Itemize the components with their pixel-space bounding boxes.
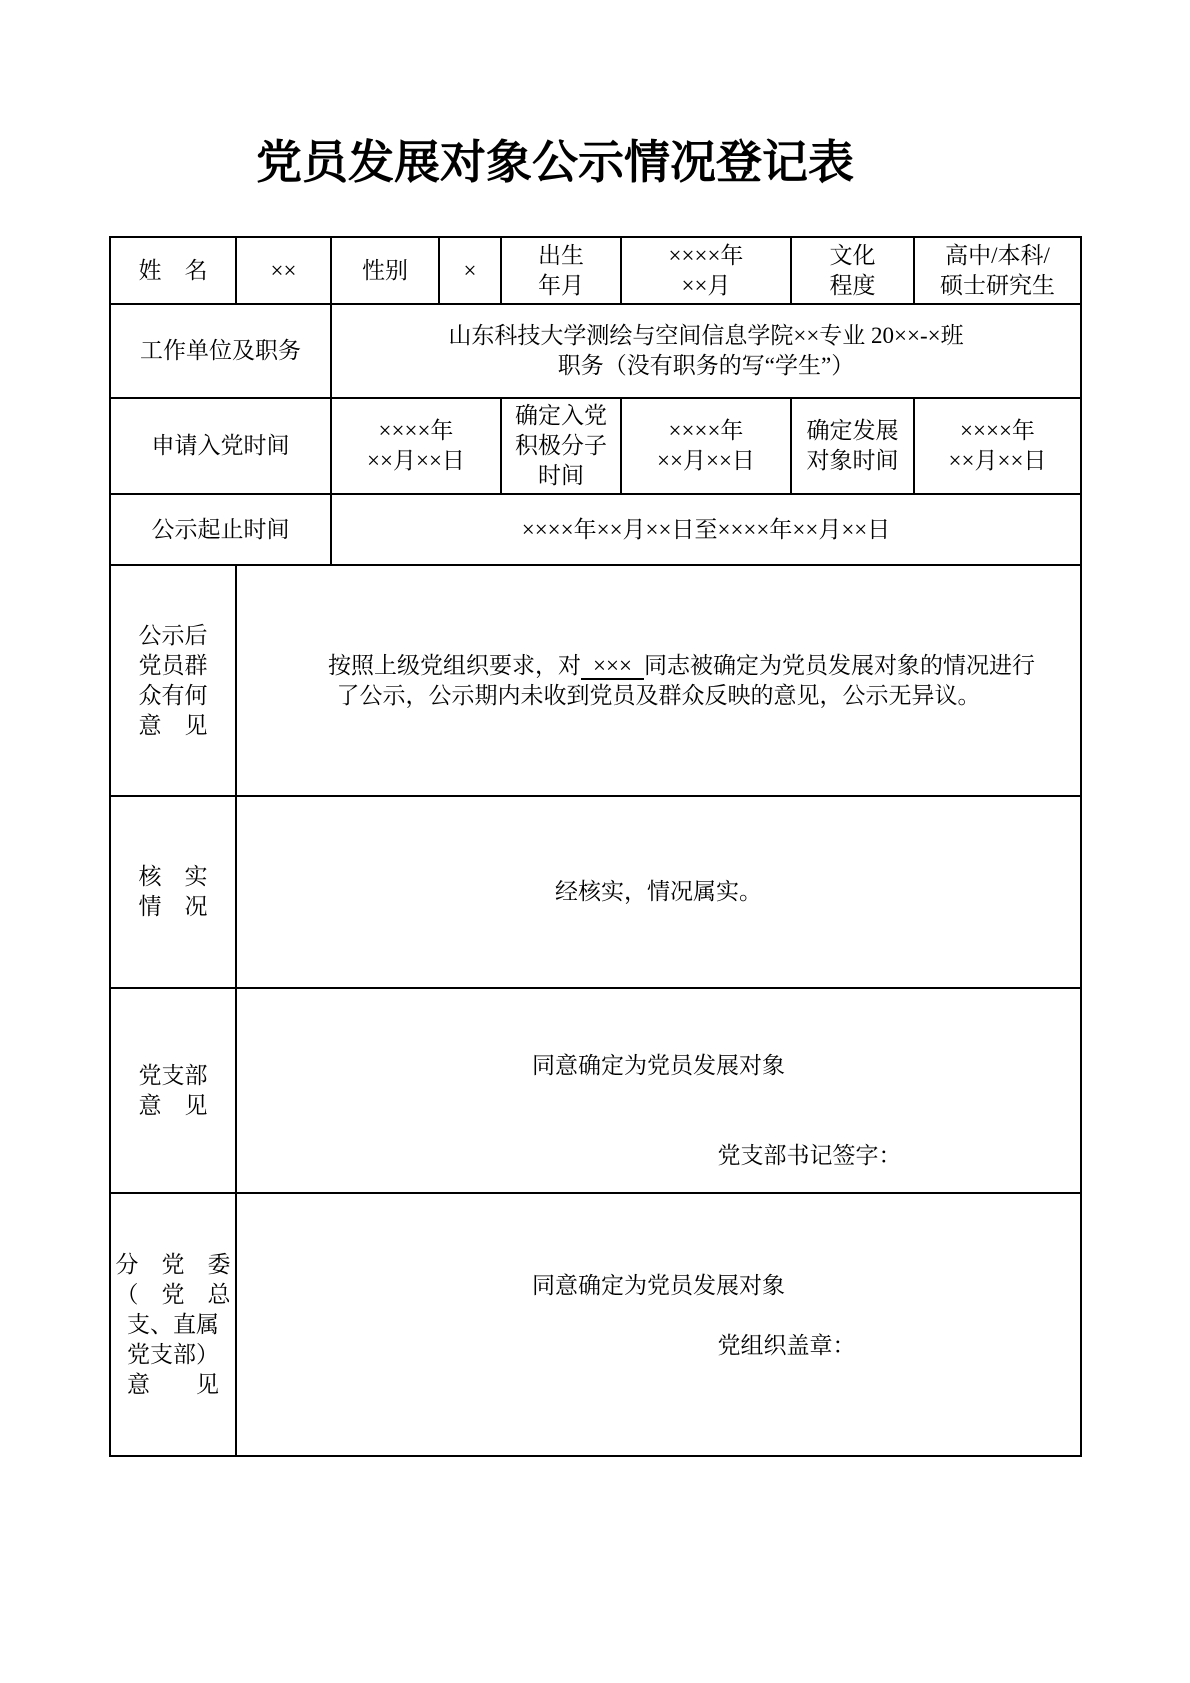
masses-opinions-text: 按照上级党组织要求，对×××同志被确定为党员发展对象的情况进行 了公示，公示期内… [236,565,1081,796]
gender-value: × [439,237,501,304]
page-title: 党员发展对象公示情况登记表 [0,126,1110,192]
row-work-unit: 工作单位及职务 山东科技大学测绘与空间信息学院××专业 20××-×班 职务（没… [110,304,1081,398]
opinion-paragraph-line2: 了公示，公示期内未收到党员及群众反映的意见，公示无异议。 [241,681,1076,711]
birthdate-value: ××××年 ××月 [621,237,791,304]
birthdate-label: 出生 年月 [501,237,621,304]
committee-opinion-cell: 同意确定为党员发展对象 党组织盖章： [236,1193,1081,1456]
publicity-period-value: ××××年××月××日至××××年××月××日 [331,494,1081,565]
develop-date-value: ××××年 ××月××日 [914,398,1081,494]
committee-opinion-label: 分 党 委 （ 党 总 支、直属 党支部） 意 见 [110,1193,236,1456]
name-label: 姓 名 [110,237,236,304]
party-organization-seal-label: 党组织盖章： [718,1331,856,1361]
verification-label: 核 实 情 况 [110,796,236,988]
opinion-paragraph-line1: 按照上级党组织要求，对×××同志被确定为党员发展对象的情况进行 [241,651,1076,681]
work-unit-label: 工作单位及职务 [110,304,331,398]
branch-opinion-label: 党支部 意 见 [110,988,236,1193]
row-masses-opinions: 公示后 党员群 众有何 意 见 按照上级党组织要求，对×××同志被确定为党员发展… [110,565,1081,796]
name-value: ×× [236,237,331,304]
work-unit-value: 山东科技大学测绘与空间信息学院××专业 20××-×班 职务（没有职务的写“学生… [331,304,1081,398]
branch-opinion-cell: 同意确定为党员发展对象 党支部书记签字： [236,988,1081,1193]
candidate-name-underlined: ××× [581,653,644,680]
develop-date-label: 确定发展 对象时间 [791,398,914,494]
branch-approval-text: 同意确定为党员发展对象 [237,1051,1080,1081]
masses-opinions-label: 公示后 党员群 众有何 意 见 [110,565,236,796]
row-publicity-period: 公示起止时间 ××××年××月××日至××××年××月××日 [110,494,1081,565]
row-branch-opinion: 党支部 意 见 同意确定为党员发展对象 党支部书记签字： [110,988,1081,1193]
opinion-text-before: 按照上级党组织要求，对 [282,653,581,678]
row-committee-opinion: 分 党 委 （ 党 总 支、直属 党支部） 意 见 同意确定为党员发展对象 党组… [110,1193,1081,1456]
activist-date-label: 确定入党 积极分子 时间 [501,398,621,494]
row-basic-info: 姓 名 ×× 性别 × 出生 年月 ××××年 ××月 文化 程度 高中/本科/… [110,237,1081,304]
gender-label: 性别 [331,237,439,304]
committee-approval-text: 同意确定为党员发展对象 [237,1271,1080,1301]
education-value: 高中/本科/ 硕士研究生 [914,237,1081,304]
activist-date-value: ××××年 ××月××日 [621,398,791,494]
row-party-dates: 申请入党时间 ××××年 ××月××日 确定入党 积极分子 时间 ××××年 ×… [110,398,1081,494]
branch-secretary-signature-label: 党支部书记签字： [718,1141,902,1171]
document-page: 党员发展对象公示情况登记表 姓 名 ×× 性别 × 出生 年月 ××××年 ××… [0,0,1190,1683]
education-label: 文化 程度 [791,237,914,304]
opinion-text-after: 同志被确定为党员发展对象的情况进行 [644,653,1035,678]
apply-date-value: ××××年 ××月××日 [331,398,501,494]
row-verification: 核 实 情 况 经核实，情况属实。 [110,796,1081,988]
publicity-period-label: 公示起止时间 [110,494,331,565]
verification-value: 经核实，情况属实。 [236,796,1081,988]
apply-date-label: 申请入党时间 [110,398,331,494]
registration-form-table: 姓 名 ×× 性别 × 出生 年月 ××××年 ××月 文化 程度 高中/本科/… [109,236,1082,1457]
